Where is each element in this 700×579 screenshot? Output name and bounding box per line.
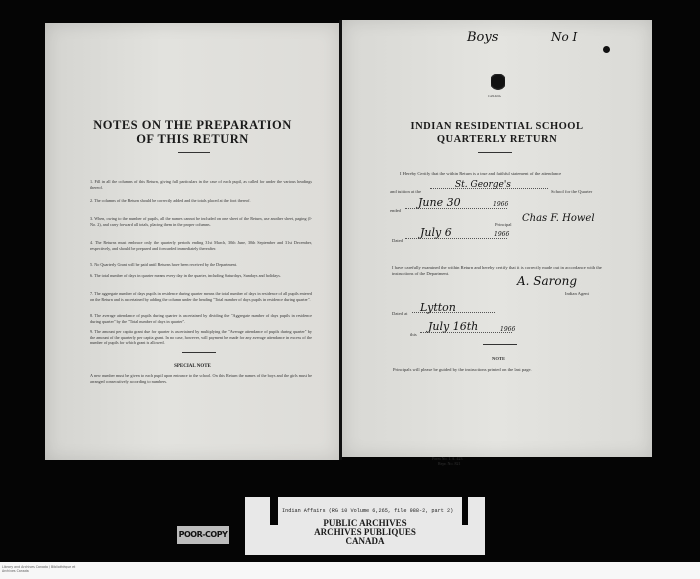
punch-hole [603,46,610,53]
note-1: 1. Fill in all the columns of this Retur… [90,179,312,190]
special-note-title: SPECIAL NOTE [45,364,340,369]
note-title: NOTE [492,356,505,361]
this-label: this [410,332,417,337]
footer-strip [0,562,700,579]
principal-label: Principal [495,222,512,227]
agent-year-field[interactable]: 1966 [500,326,515,333]
return-title: INDIAN RESIDENTIAL SCHOOL QUARTERLY RETU… [342,120,652,146]
notes-title-line2: OF THIS RETURN [45,132,340,146]
agent-certify-text: I have carefully examined the within Ret… [392,265,610,276]
repr-number: Repr. No. 821 [438,461,460,466]
principal-signature[interactable]: Chas F. Howel [522,213,595,224]
notes-rule [182,352,216,353]
handwritten-boys: Boys [467,30,498,45]
ended-year-field[interactable]: 1966 [493,201,508,208]
poor-copy-stamp: POOR-COPY [177,526,229,544]
dated-label: Dated [392,238,403,243]
dated-year-field[interactable]: 1966 [494,231,509,238]
archive-line3: CANADA [245,537,485,546]
title-rule [178,152,210,153]
tuition-label: and tuition at the [390,189,421,194]
school-suffix: School for the Quarter [551,189,592,194]
school-name-field[interactable]: St. George's [455,180,511,190]
certify-text: I Hereby Certify that the within Return … [400,171,561,176]
ended-label: ended [390,208,401,213]
page-gutter [339,20,342,460]
agent-date-field[interactable]: July 16th [428,320,478,333]
dated-at-label: Dated at [392,311,407,316]
note-7: 7. The aggregate number of days pupils i… [90,291,312,302]
note-2: 2. The columns of the Return should be c… [90,198,312,204]
return-title-line2: QUARTERLY RETURN [342,133,652,146]
note-5: 5. No Quarterly Grant will be paid until… [90,262,312,268]
ended-date-field[interactable]: June 30 [418,196,461,209]
special-note-text: A new number must be given to each pupil… [90,373,312,384]
return-title-line1: INDIAN RESIDENTIAL SCHOOL [342,120,652,133]
archive-reference: Indian Affairs (RG 10 Volume 6,265, file… [282,508,453,514]
notes-title: NOTES ON THE PREPARATION OF THIS RETURN [45,118,340,146]
note-rule [483,344,517,345]
note-3: 3. When, owing to the number of pupils, … [90,216,312,227]
dated-at-place-field[interactable]: Lytton [420,301,456,314]
agent-signature[interactable]: A. Sarong [517,274,577,288]
note-4: 4. The Returns must embrace only the qua… [90,240,312,251]
note-6: 6. The total number of days in quarter m… [90,273,312,279]
note-9: 9. The amount per capita grant due for q… [90,329,312,346]
agent-label: Indian Agent [565,291,589,296]
canada-coat-of-arms-icon [491,74,505,91]
handwritten-number: No I [551,30,577,44]
notes-title-line1: NOTES ON THE PREPARATION [45,118,340,132]
note-8: 8. The average attendance of pupils duri… [90,313,312,324]
return-rule [478,152,512,153]
footer-credit: Library and Archives Canada / Bibliothèq… [2,565,82,573]
seal-caption: CANADA [488,94,501,98]
note-text: Principals will please be guided by the … [393,367,532,372]
dated-field[interactable]: July 6 [420,226,452,239]
